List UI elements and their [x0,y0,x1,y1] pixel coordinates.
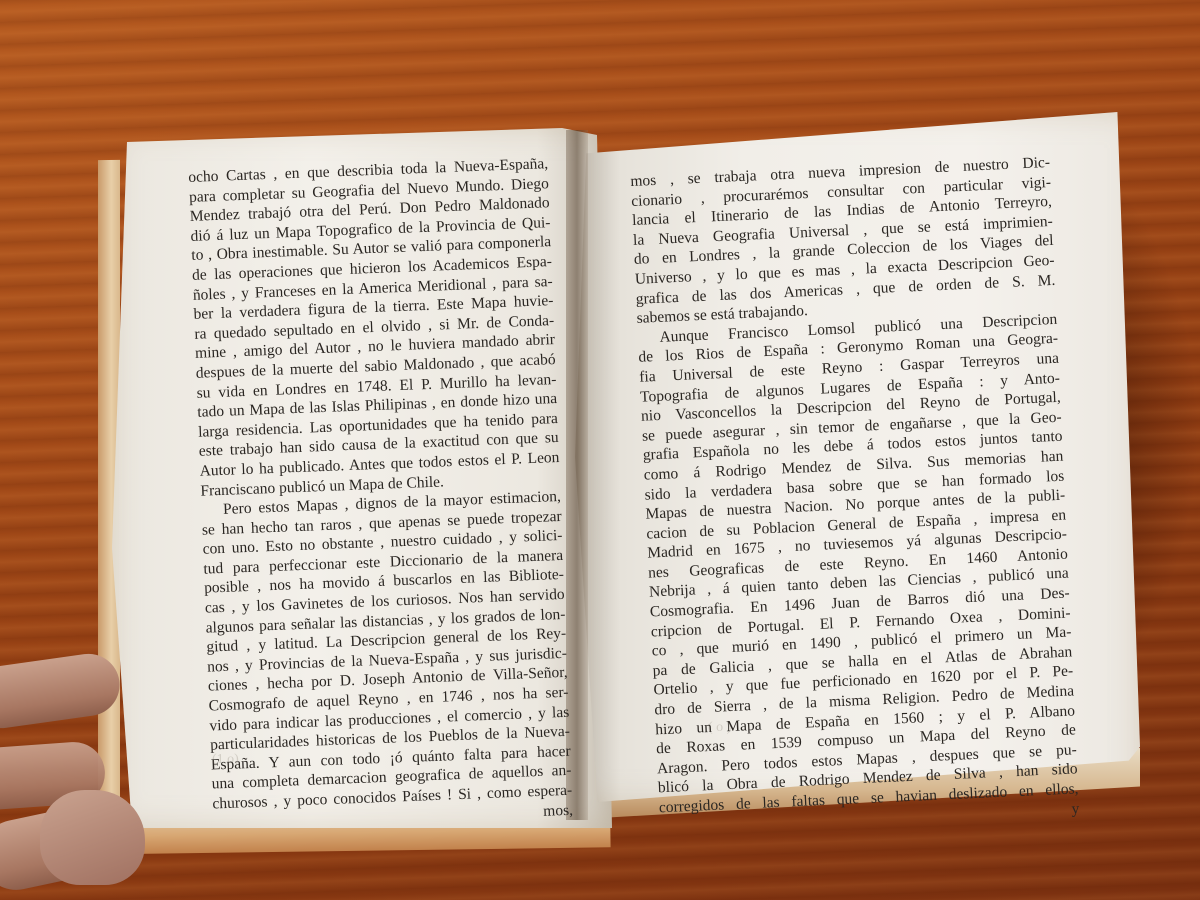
left-page-bleed-mark: (1 o) [212,752,239,768]
finger [0,650,124,732]
left-page-text: ocho Cartas , en que describia toda la N… [188,154,573,834]
open-book: ocho Cartas , en que describia toda la N… [0,0,1200,900]
thumb [40,790,145,885]
right-page-text: mos , se trabaja otra nueva impresion de… [630,153,1080,838]
right-page-bleed-mark: ( o ) [708,720,731,736]
hand-holding-book [0,640,180,900]
